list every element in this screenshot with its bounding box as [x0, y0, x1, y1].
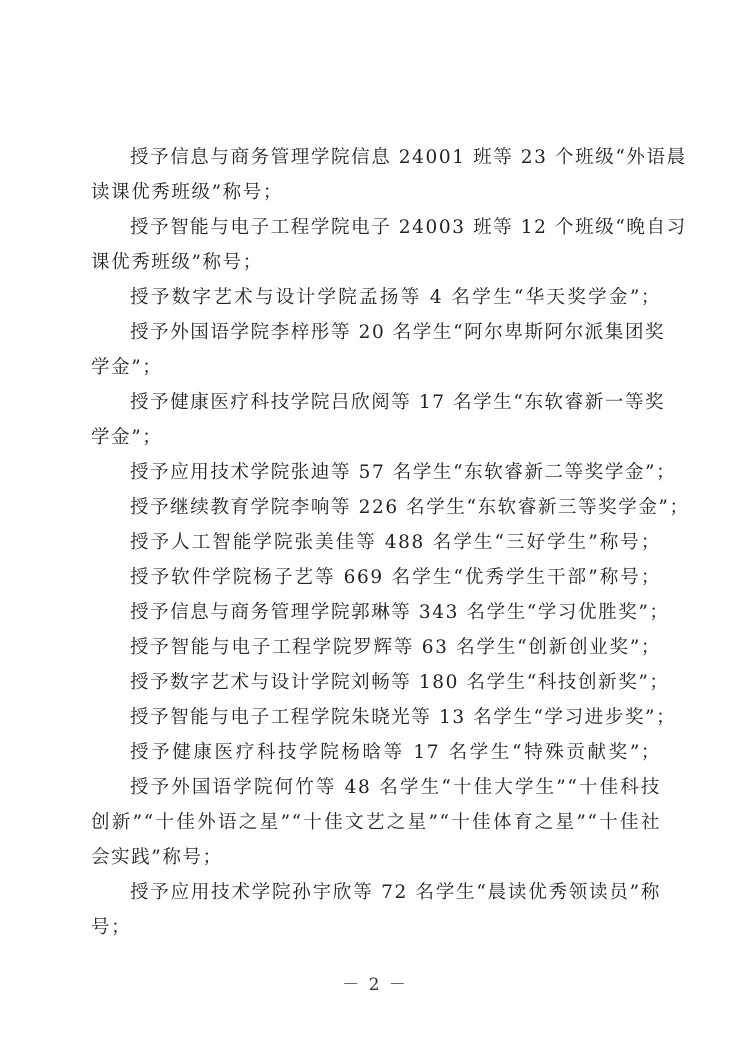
paragraph-line: 授予智能与电子工程学院罗辉等 63 名学生“创新创业奖”；	[130, 633, 661, 663]
paragraph-line: 号；	[91, 913, 661, 943]
paragraph-line: 授予信息与商务管理学院郭琳等 343 名学生“学习优胜奖”；	[130, 598, 661, 628]
paragraph-line: 授予健康医疗科技学院杨晗等 17 名学生“特殊贡献奖”；	[130, 738, 661, 768]
paragraph-line: 授予智能与电子工程学院电子 24003 班等 12 个班级“晚自习	[130, 213, 661, 243]
paragraph-line: 授予信息与商务管理学院信息 24001 班等 23 个班级“外语晨	[130, 143, 661, 173]
paragraph-line: 会实践”称号；	[91, 843, 661, 873]
paragraph-line: 授予软件学院杨子艺等 669 名学生“优秀学生干部”称号；	[130, 563, 661, 593]
page-number: － 2 －	[0, 970, 750, 995]
paragraph-line: 授予外国语学院何竹等 48 名学生“十佳大学生”“十佳科技	[130, 773, 661, 803]
paragraph-line: 授予数字艺术与设计学院孟扬等 4 名学生“华天奖学金”；	[130, 283, 661, 313]
paragraph-line: 授予健康医疗科技学院吕欣阅等 17 名学生“东软睿新一等奖	[130, 388, 661, 418]
paragraph-line: 创新”“十佳外语之星”“十佳文艺之星”“十佳体育之星”“十佳社	[91, 808, 661, 838]
paragraph-line: 学金”；	[91, 423, 661, 453]
paragraph-line: 授予应用技术学院张迪等 57 名学生“东软睿新二等奖学金”；	[130, 458, 661, 488]
paragraph-line: 课优秀班级”称号；	[91, 248, 661, 278]
paragraph-line: 授予数字艺术与设计学院刘畅等 180 名学生“科技创新奖”；	[130, 668, 661, 698]
paragraph-line: 授予智能与电子工程学院朱晓光等 13 名学生“学习进步奖”；	[130, 703, 661, 733]
paragraph-line: 学金”；	[91, 353, 661, 383]
paragraph-line: 授予外国语学院李梓彤等 20 名学生“阿尔卑斯阿尔派集团奖	[130, 318, 661, 348]
paragraph-line: 读课优秀班级”称号；	[91, 178, 661, 208]
paragraph-line: 授予应用技术学院孙宇欣等 72 名学生“晨读优秀领读员”称	[130, 878, 661, 908]
paragraph-line: 授予继续教育学院李响等 226 名学生“东软睿新三等奖学金”；	[130, 493, 661, 523]
paragraph-line: 授予人工智能学院张美佳等 488 名学生“三好学生”称号；	[130, 528, 661, 558]
document-page: 授予信息与商务管理学院信息 24001 班等 23 个班级“外语晨 读课优秀班级…	[0, 0, 750, 1061]
